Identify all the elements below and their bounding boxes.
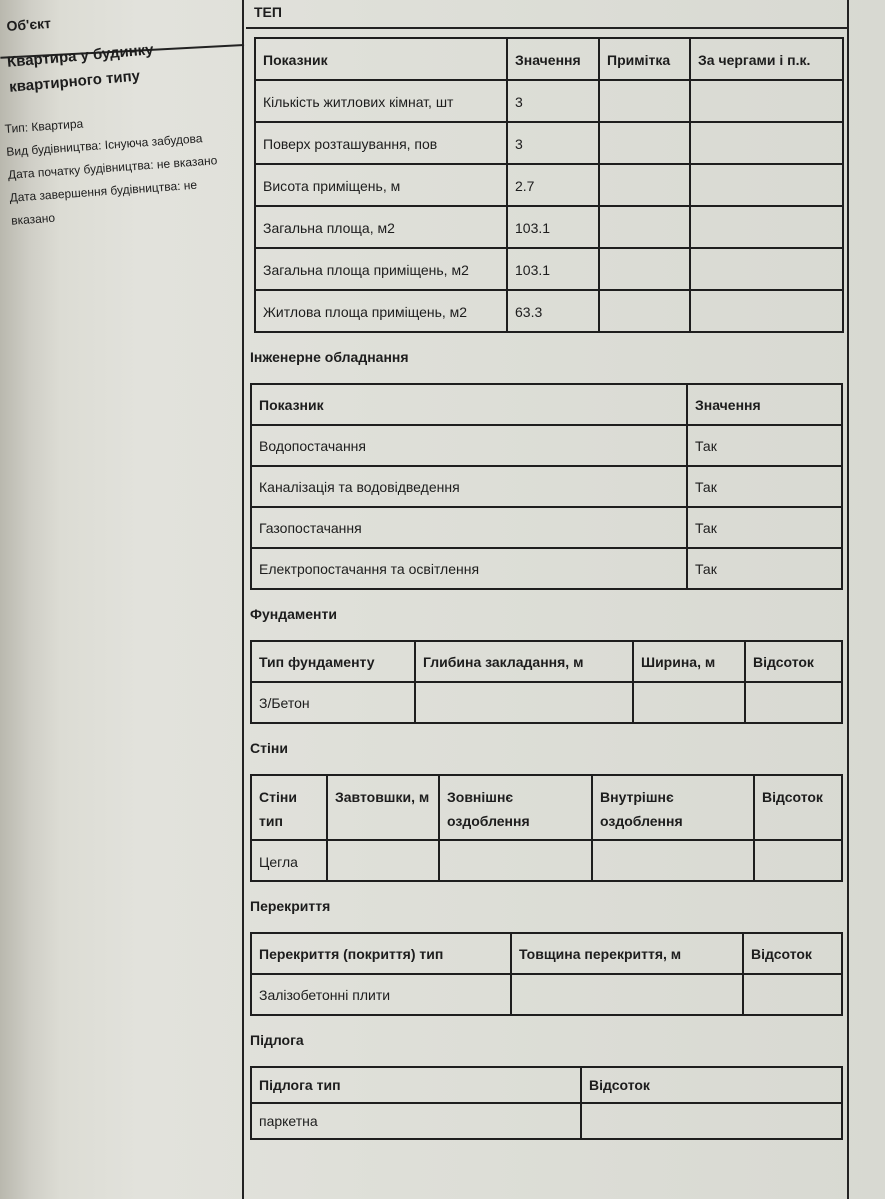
floor-table: Підлога типВідсотокпаркетна [250,1066,843,1140]
object-title: Квартира у будинку квартирного типу [6,33,210,100]
table-cell [690,164,843,206]
column-header: Підлога тип [251,1067,581,1103]
table-cell [599,248,690,290]
table-cell: 3 [507,80,599,122]
column-header: Відсоток [745,641,842,682]
foundations-title: Фундаменти [250,606,843,622]
table-cell: Загальна площа приміщень, м2 [255,248,507,290]
table-cell: Так [687,425,842,466]
column-header: Перекриття (покриття) тип [251,933,511,974]
table-cell: Так [687,466,842,507]
column-header: Зовнішнє оздоблення [439,775,592,840]
column-header: Глибина закладання, м [415,641,633,682]
table-row: ГазопостачанняТак [251,507,842,548]
table-cell [415,682,633,723]
column-header: Відсоток [743,933,842,974]
column-header: Примітка [599,38,690,80]
table-cell: 3 [507,122,599,164]
floor-title: Підлога [250,1032,843,1048]
column-header: Показник [255,38,507,80]
column-header: Ширина, м [633,641,745,682]
table-header-row: ПоказникЗначенняПриміткаЗа чергами і п.к… [255,38,843,80]
table-header-row: Тип фундаментуГлибина закладання, мШирин… [251,641,842,682]
column-header: Значення [507,38,599,80]
table-cell [690,248,843,290]
table-header-row: Стіни типЗавтовшки, мЗовнішнє оздоблення… [251,775,842,840]
table-cell [690,206,843,248]
table-header-row: Підлога типВідсоток [251,1067,842,1103]
table-cell: 63.3 [507,290,599,332]
column-header: Товщина перекриття, м [511,933,743,974]
table-row: Кількість житлових кімнат, шт3 [255,80,843,122]
table-cell: Електропостачання та освітлення [251,548,687,589]
table-row: Цегла [251,840,842,881]
table-cell [439,840,592,881]
table-cell: З/Бетон [251,682,415,723]
table-header-row: Перекриття (покриття) типТовщина перекри… [251,933,842,974]
table-cell [581,1103,842,1139]
table-cell [633,682,745,723]
table-cell [327,840,439,881]
table-cell [754,840,842,881]
table-cell [511,974,743,1015]
ceilings-table: Перекриття (покриття) типТовщина перекри… [250,932,843,1016]
table-cell [690,122,843,164]
object-properties: Тип: Квартира Вид будівництва: Існуюча з… [4,102,241,233]
table-cell: Газопостачання [251,507,687,548]
table-cell [745,682,842,723]
table-header-row: ПоказникЗначення [251,384,842,425]
table-cell: Висота приміщень, м [255,164,507,206]
column-header: Внутрішнє оздоблення [592,775,754,840]
column-header: Завтовшки, м [327,775,439,840]
table-row: Житлова площа приміщень, м263.3 [255,290,843,332]
walls-title: Стіни [250,740,843,756]
table-row: паркетна [251,1103,842,1139]
table-row: З/Бетон [251,682,842,723]
table-cell [690,290,843,332]
column-header: Стіни тип [251,775,327,840]
column-header: Тип фундаменту [251,641,415,682]
table-cell [599,80,690,122]
walls-table: Стіни типЗавтовшки, мЗовнішнє оздоблення… [250,774,843,882]
table-cell: 103.1 [507,206,599,248]
details-panel: ТЕП ПоказникЗначенняПриміткаЗа чергами і… [246,0,849,1199]
engineering-title: Інженерне обладнання [250,349,843,365]
table-row: Каналізація та водовідведенняТак [251,466,842,507]
table-cell: Поверх розташування, пов [255,122,507,164]
table-cell: Залізобетонні плити [251,974,511,1015]
column-header: За чергами і п.к. [690,38,843,80]
column-header: Відсоток [581,1067,842,1103]
table-row: Електропостачання та освітленняТак [251,548,842,589]
column-header: Показник [251,384,687,425]
table-cell [599,122,690,164]
table-cell: Житлова площа приміщень, м2 [255,290,507,332]
table-cell [690,80,843,122]
table-cell [599,206,690,248]
table-cell: Загальна площа, м2 [255,206,507,248]
table-row: Залізобетонні плити [251,974,842,1015]
table-cell [592,840,754,881]
table-cell: 103.1 [507,248,599,290]
table-cell [599,290,690,332]
object-panel: Об'єкт Квартира у будинку квартирного ти… [0,0,244,1199]
table-cell: Цегла [251,840,327,881]
table-cell: Каналізація та водовідведення [251,466,687,507]
table-cell [599,164,690,206]
tep-title: ТЕП [246,0,847,29]
column-header: Відсоток [754,775,842,840]
table-cell: паркетна [251,1103,581,1139]
engineering-table: ПоказникЗначенняВодопостачанняТакКаналіз… [250,383,843,590]
table-cell: Кількість житлових кімнат, шт [255,80,507,122]
table-row: Поверх розташування, пов3 [255,122,843,164]
object-label: Об'єкт [6,15,51,34]
ceilings-title: Перекриття [250,898,843,914]
foundations-table: Тип фундаментуГлибина закладання, мШирин… [250,640,843,724]
table-cell: 2.7 [507,164,599,206]
table-cell: Водопостачання [251,425,687,466]
table-row: ВодопостачанняТак [251,425,842,466]
table-cell: Так [687,548,842,589]
table-row: Загальна площа, м2103.1 [255,206,843,248]
tep-table: ПоказникЗначенняПриміткаЗа чергами і п.к… [254,37,844,333]
table-cell [743,974,842,1015]
table-row: Висота приміщень, м2.7 [255,164,843,206]
column-header: Значення [687,384,842,425]
table-row: Загальна площа приміщень, м2103.1 [255,248,843,290]
table-cell: Так [687,507,842,548]
